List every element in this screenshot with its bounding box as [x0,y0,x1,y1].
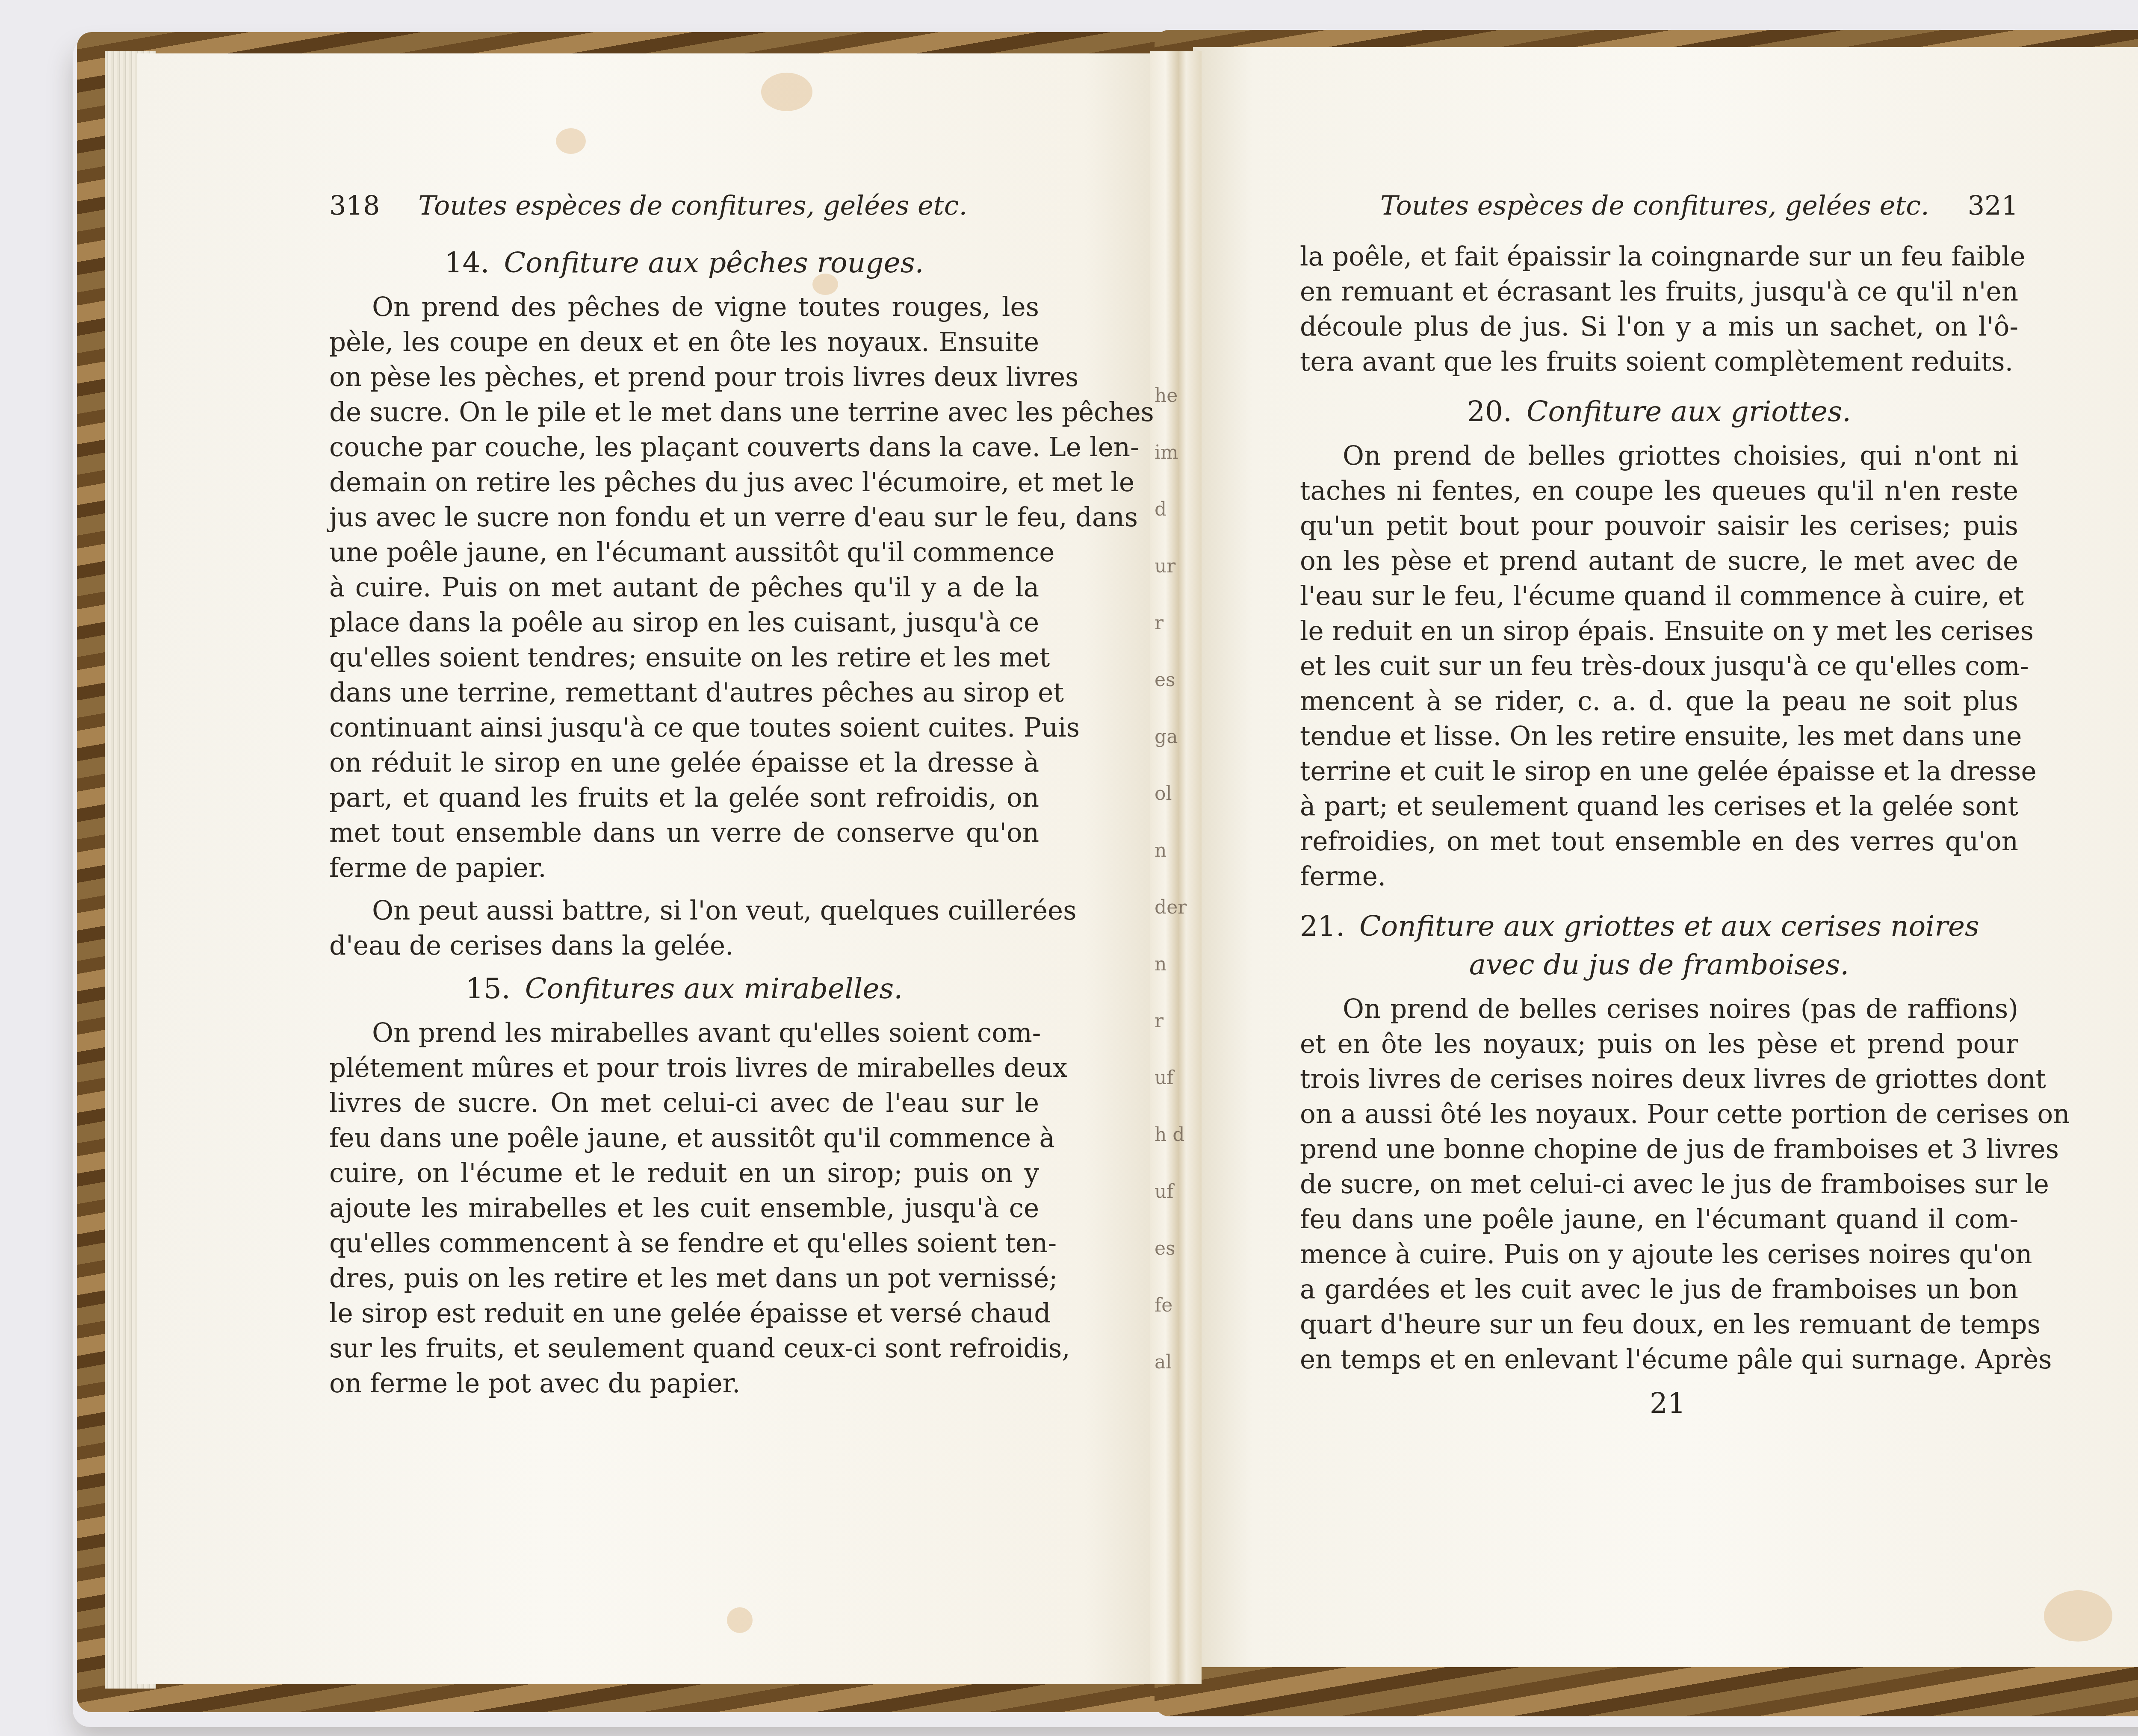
text-line: On prend de belles griottes choisies, qu… [1300,439,2018,474]
running-head-title: Toutes espèces de confitures, gelées etc… [1380,188,1929,223]
spine-fragment: r [1155,1010,1189,1032]
text-line: On peut aussi battre, si l'on veut, quel… [329,893,1039,928]
text-line: couche par couche, les plaçant couverts … [329,430,1039,465]
spine-fragment: es [1155,669,1189,691]
text-line: ferme. [1300,859,2018,894]
recipe-section-20: 20.Confiture aux griottes. On prend de b… [1300,392,2018,894]
text-line: ferme de papier. [329,851,1039,886]
text-line: terrine et cuit le sirop en une gelée ép… [1300,754,2018,789]
section-heading: 20.Confiture aux griottes. [1300,392,2018,431]
text-line: On prend de belles cerises noires (pas d… [1300,992,2018,1027]
continued-paragraph: la poêle, et fait épaissir la coingnarde… [1300,239,2018,380]
text-line: a gardées et les cuit avec le jus de fra… [1300,1272,2018,1307]
text-line: à part; et seulement quand les cerises e… [1300,789,2018,824]
text-line: prend une bonne chopine de jus de frambo… [1300,1132,2018,1167]
spine-fragment: ol [1155,783,1189,805]
text-line: de sucre. On le pile et le met dans une … [329,395,1039,430]
text-line: refroidies, on met tout ensemble en des … [1300,824,2018,859]
section-number: 15. [466,972,511,1005]
running-head-title: Toutes espèces de confitures, gelées etc… [418,188,967,223]
text-line: ajoute les mirabelles et les cuit ensemb… [329,1191,1039,1226]
spine-fragment: uf [1155,1181,1189,1203]
spine-fragment: r [1155,612,1189,634]
text-line: en remuant et écrasant les fruits, jusqu… [1300,274,2018,309]
text-line: quart d'heure sur un feu doux, en les re… [1300,1307,2018,1342]
paragraph: On prend de belles griottes choisies, qu… [1300,439,2018,894]
running-head-left: 318 Toutes espèces de confitures, gelées… [329,188,1039,239]
text-line: on a aussi ôté les noyaux. Pour cette po… [1300,1097,2018,1132]
text-line: dres, puis on les retire et les met dans… [329,1261,1039,1296]
text-line: qu'elles commencent à se fendre et qu'el… [329,1226,1039,1261]
text-line: place dans la poêle au sirop en les cuis… [329,605,1039,640]
signature-mark: 21 [1300,1386,2018,1421]
spine-fragment: der [1155,896,1189,918]
spine-fragment: im [1155,442,1189,463]
text-line: tendue et lisse. On les retire ensuite, … [1300,719,2018,754]
text-line: une poêle jaune, en l'écumant aussitôt q… [329,535,1039,570]
spine-fragment: n [1155,840,1189,861]
foxing-stain [727,1607,753,1633]
left-page-text: 318 Toutes espèces de confitures, gelées… [329,188,1039,1401]
text-line: part, et quand les fruits et la gelée so… [329,781,1039,816]
section-title: Confiture aux griottes et aux cerises no… [1359,910,1979,943]
text-line: mence à cuire. Puis on y ajoute les ceri… [1300,1237,2018,1272]
text-line: d'eau de cerises dans la gelée. [329,928,1039,964]
section-title: Confiture aux griottes. [1527,395,1851,428]
text-line: le reduit en un sirop épais. Ensuite on … [1300,614,2018,649]
section-title: Confiture aux pêches rouges. [504,246,924,279]
text-line: l'eau sur le feu, l'écume quand il comme… [1300,579,2018,614]
spine-fragment: es [1155,1238,1189,1259]
section-heading: 21.Confiture aux griottes et aux cerises… [1300,907,2018,984]
section-number: 21. [1300,910,1345,943]
text-line: pèle, les coupe en deux et en ôte les no… [329,325,1039,360]
spine-binding-fragments: heimdurresgaolndernrufh dufesfeal [1155,385,1189,1539]
spine-fragment: al [1155,1351,1189,1373]
spine-fragment: fe [1155,1294,1189,1316]
section-number: 14. [444,246,489,279]
foxing-stain [2044,1590,2112,1642]
text-line: on les pèse et prend autant de sucre, le… [1300,544,2018,579]
text-line: de sucre, on met celui-ci avec le jus de… [1300,1167,2018,1202]
spine-fragment: ga [1155,726,1189,748]
text-line: continuant ainsi jusqu'à ce que toutes s… [329,710,1039,746]
spine-fragment: n [1155,953,1189,975]
recipe-section-14: 14.Confiture aux pêches rouges. On prend… [329,244,1039,964]
text-line: mencent à se rider, c. a. d. que la peau… [1300,684,2018,719]
text-line: On prend des pêches de vigne toutes roug… [329,290,1039,325]
paragraph: On prend des pêches de vigne toutes roug… [329,290,1039,886]
text-line: jus avec le sucre non fondu et un verre … [329,500,1039,535]
section-heading: 14.Confiture aux pêches rouges. [329,244,1039,282]
text-line: qu'elles soient tendres; ensuite on les … [329,640,1039,675]
text-line: On prend les mirabelles avant qu'elles s… [329,1016,1039,1051]
text-line: on pèse les pèches, et prend pour trois … [329,360,1039,395]
text-line: met tout ensemble dans un verre de conse… [329,816,1039,851]
page-number-left: 318 [329,188,380,223]
recipe-section-21: 21.Confiture aux griottes et aux cerises… [1300,907,2018,1377]
text-line: tera avant que les fruits soient complèt… [1300,345,2018,380]
spine-fragment: he [1155,385,1189,407]
spine-fragment: ur [1155,555,1189,577]
text-line: et en ôte les noyaux; puis on les pèse e… [1300,1027,2018,1062]
text-line: sur les fruits, et seulement quand ceux-… [329,1331,1039,1366]
spine-fragment: h d [1155,1124,1189,1146]
paragraph: On prend les mirabelles avant qu'elles s… [329,1016,1039,1401]
section-subtitle: avec du jus de framboises. [1300,946,2018,984]
text-line: le sirop est reduit en une gelée épaisse… [329,1296,1039,1331]
page-number-right: 321 [1968,188,2018,223]
recipe-section-15: 15.Confitures aux mirabelles. On prend l… [329,970,1039,1401]
text-line: demain on retire les pêches du jus avec … [329,465,1039,500]
foxing-stain [761,73,812,111]
text-line: plétement mûres et pour trois livres de … [329,1051,1039,1086]
text-line: feu dans une poêle jaune, et aussitôt qu… [329,1121,1039,1156]
text-line: on ferme le pot avec du papier. [329,1366,1039,1401]
paragraph: On prend de belles cerises noires (pas d… [1300,992,2018,1377]
section-title: Confitures aux mirabelles. [525,972,903,1005]
text-line: dans une terrine, remettant d'autres pêc… [329,675,1039,710]
text-line: trois livres de cerises noires deux livr… [1300,1062,2018,1097]
text-line: et les cuit sur un feu très-doux jusqu'à… [1300,649,2018,684]
paragraph: On peut aussi battre, si l'on veut, quel… [329,893,1039,964]
section-number: 20. [1467,395,1512,428]
right-page-text: Toutes espèces de confitures, gelées etc… [1300,188,2018,1421]
text-line: livres de sucre. On met celui-ci avec de… [329,1086,1039,1121]
spine-fragment: uf [1155,1067,1189,1089]
spine-fragment: d [1155,498,1189,520]
running-head-right: Toutes espèces de confitures, gelées etc… [1300,188,2018,239]
foxing-stain [556,128,586,154]
text-line: feu dans une poêle jaune, en l'écumant q… [1300,1202,2018,1237]
text-line: à cuire. Puis on met autant de pêches qu… [329,570,1039,605]
text-line: qu'un petit bout pour pouvoir saisir les… [1300,509,2018,544]
text-line: la poêle, et fait épaissir la coingnarde… [1300,239,2018,274]
text-line: on réduit le sirop en une gelée épaisse … [329,746,1039,781]
text-line: en temps et en enlevant l'écume pâle qui… [1300,1342,2018,1377]
text-line: taches ni fentes, en coupe les queues qu… [1300,474,2018,509]
text-line: découle plus de jus. Si l'on y a mis un … [1300,309,2018,345]
section-heading: 15.Confitures aux mirabelles. [329,970,1039,1008]
text-line: cuire, on l'écume et le reduit en un sir… [329,1156,1039,1191]
